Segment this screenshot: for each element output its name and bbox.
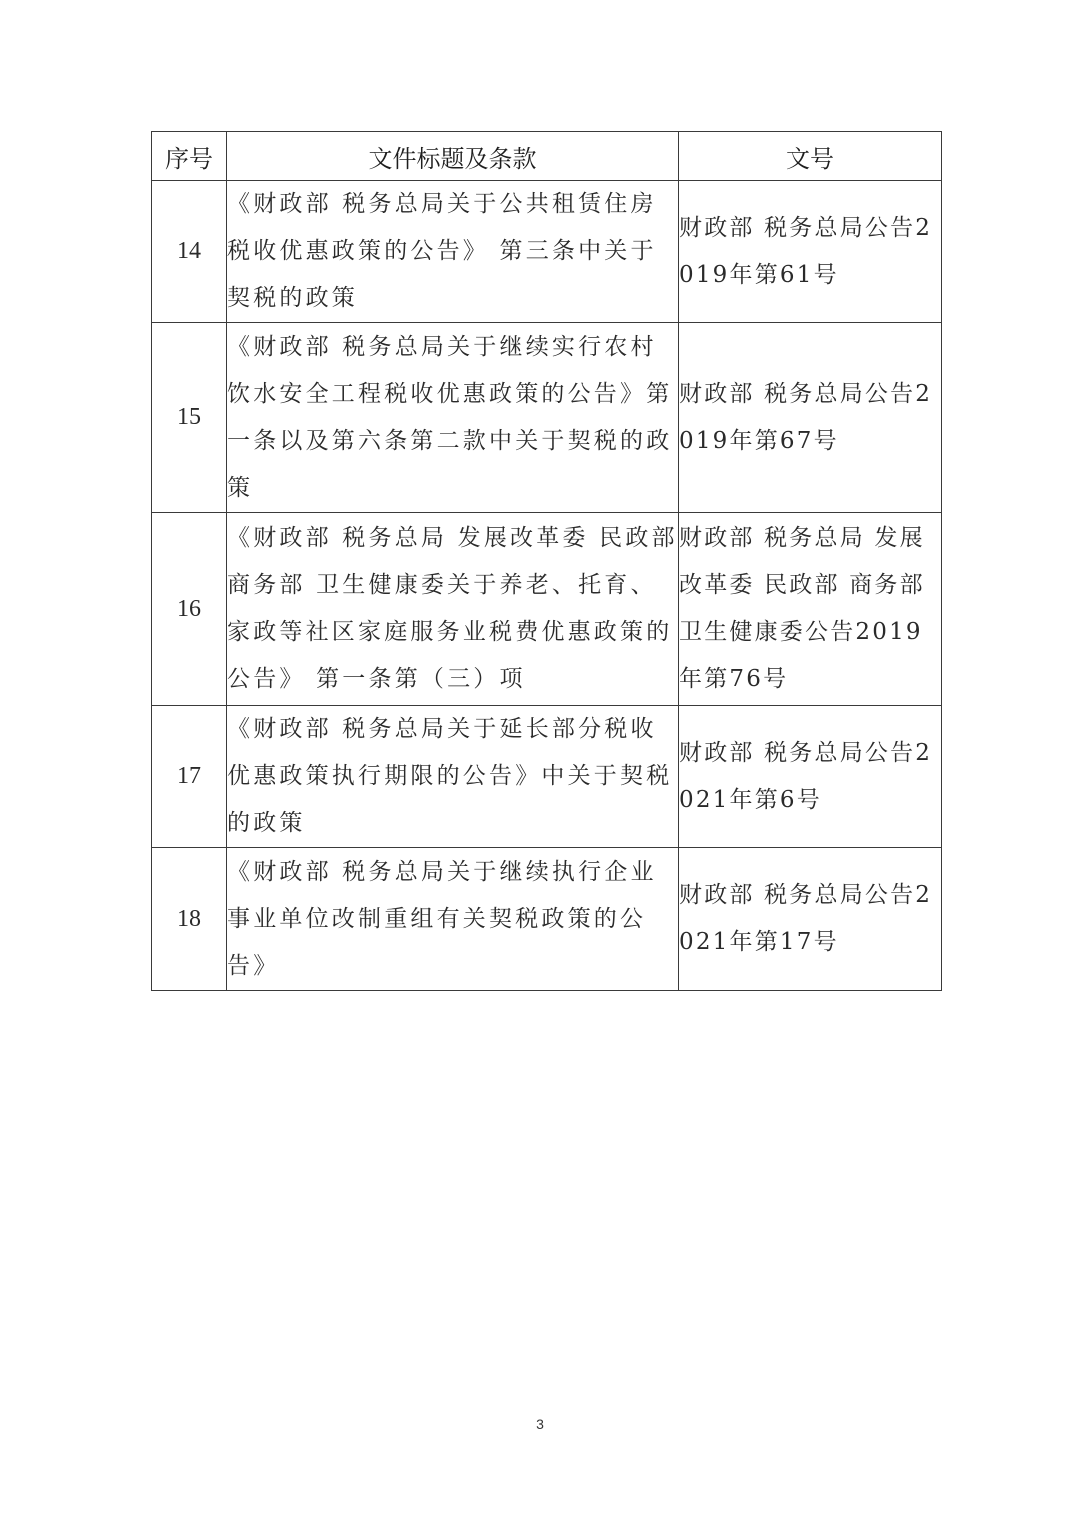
policy-table: 序号 文件标题及条款 文号 14 《财政部 税务总局关于公共租赁住房税收优惠政策…	[151, 131, 942, 991]
table-row: 14 《财政部 税务总局关于公共租赁住房税收优惠政策的公告》 第三条中关于契税的…	[152, 181, 942, 323]
row-title-cell: 《财政部 税务总局关于继续执行企业事业单位改制重组有关契税政策的公告》	[227, 848, 679, 991]
row-doc-no: 财政部 税务总局 发展改革委 民政部 商务部 卫生健康委公告2019年第76号	[679, 515, 941, 703]
row-seq: 17	[152, 706, 227, 848]
table-row: 18 《财政部 税务总局关于继续执行企业事业单位改制重组有关契税政策的公告》 财…	[152, 848, 942, 991]
row-doc-no-cell: 财政部 税务总局公告2019年第67号	[679, 323, 942, 513]
row-doc-no-cell: 财政部 税务总局公告2021年第6号	[679, 706, 942, 848]
row-doc-no-cell: 财政部 税务总局公告2019年第61号	[679, 181, 942, 323]
row-title: 《财政部 税务总局关于延长部分税收优惠政策执行期限的公告》中关于契税的政策	[227, 706, 678, 847]
row-seq: 14	[152, 181, 227, 323]
row-seq: 16	[152, 513, 227, 706]
row-title: 《财政部 税务总局关于继续执行企业事业单位改制重组有关契税政策的公告》	[227, 849, 678, 990]
row-doc-no: 财政部 税务总局公告2021年第6号	[679, 730, 941, 824]
row-title-cell: 《财政部 税务总局 发展改革委 民政部 商务部 卫生健康委关于养老、托育、家政等…	[227, 513, 679, 706]
row-title: 《财政部 税务总局 发展改革委 民政部 商务部 卫生健康委关于养老、托育、家政等…	[227, 515, 678, 703]
row-doc-no-cell: 财政部 税务总局 发展改革委 民政部 商务部 卫生健康委公告2019年第76号	[679, 513, 942, 706]
row-title-cell: 《财政部 税务总局关于延长部分税收优惠政策执行期限的公告》中关于契税的政策	[227, 706, 679, 848]
row-doc-no: 财政部 税务总局公告2019年第67号	[679, 371, 941, 465]
row-doc-no: 财政部 税务总局公告2021年第17号	[679, 872, 941, 966]
page-number: 3	[0, 1416, 1080, 1432]
row-seq: 18	[152, 848, 227, 991]
table-row: 16 《财政部 税务总局 发展改革委 民政部 商务部 卫生健康委关于养老、托育、…	[152, 513, 942, 706]
row-title-cell: 《财政部 税务总局关于公共租赁住房税收优惠政策的公告》 第三条中关于契税的政策	[227, 181, 679, 323]
row-doc-no: 财政部 税务总局公告2019年第61号	[679, 205, 941, 299]
header-title: 文件标题及条款	[227, 132, 679, 181]
table-header-row: 序号 文件标题及条款 文号	[152, 132, 942, 181]
header-doc-no: 文号	[679, 132, 942, 181]
header-seq: 序号	[152, 132, 227, 181]
document-page: 序号 文件标题及条款 文号 14 《财政部 税务总局关于公共租赁住房税收优惠政策…	[0, 0, 1080, 1526]
table-row: 17 《财政部 税务总局关于延长部分税收优惠政策执行期限的公告》中关于契税的政策…	[152, 706, 942, 848]
row-title-cell: 《财政部 税务总局关于继续实行农村饮水安全工程税收优惠政策的公告》第一条以及第六…	[227, 323, 679, 513]
row-title: 《财政部 税务总局关于公共租赁住房税收优惠政策的公告》 第三条中关于契税的政策	[227, 181, 678, 322]
table-row: 15 《财政部 税务总局关于继续实行农村饮水安全工程税收优惠政策的公告》第一条以…	[152, 323, 942, 513]
row-doc-no-cell: 财政部 税务总局公告2021年第17号	[679, 848, 942, 991]
row-seq: 15	[152, 323, 227, 513]
row-title: 《财政部 税务总局关于继续实行农村饮水安全工程税收优惠政策的公告》第一条以及第六…	[227, 324, 678, 512]
